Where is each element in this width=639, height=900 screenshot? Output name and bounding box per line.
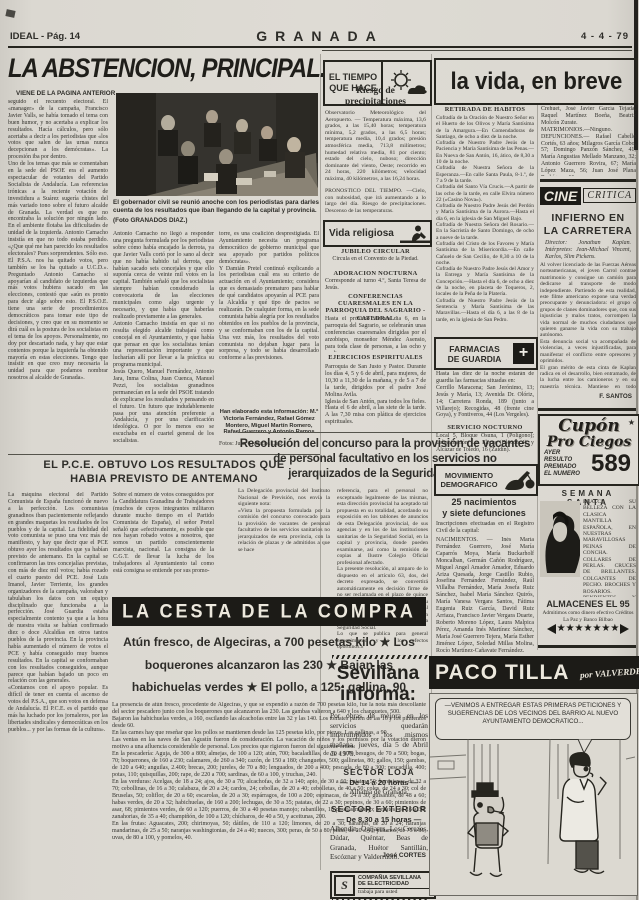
right-bottom-rule (538, 645, 636, 648)
cupon-label: AYER RESULTO PREMIADO EL NUMERO (544, 450, 588, 477)
cine-logo: CINE CRITICA (540, 185, 636, 206)
sevillana-intro: Por obras de mejora en los servicios que… (330, 711, 428, 763)
weather-headline: Riesgo de precipitaciones (323, 86, 428, 108)
semana-santa-body: REALCE SU BELLEZA CON LA CLASICA MANTILL… (583, 499, 636, 597)
masthead-date: 4 - 4 - 79 (581, 31, 629, 42)
adoracion-title: ADORACION NOCTURNA (323, 270, 428, 277)
column-rule-3 (537, 104, 538, 650)
cupon-rule (538, 408, 636, 411)
stars-decoration: ★★★★★★★ (540, 624, 636, 634)
cupon-logo-line1: Cupón (540, 418, 638, 435)
scan-speck (5, 9, 15, 18)
farmacias-box: FARMACIAS DE GUARDIA + (434, 337, 538, 370)
cupon-result-row: AYER RESULTO PREMIADO EL NUMERO 589 (540, 449, 638, 479)
pce-col1: La máquina electoral del Partido Comunis… (8, 492, 108, 870)
retirada-list: Cofradía de la Oración de Nuestro Señor … (436, 115, 534, 333)
comic-speech-bubble: —VENIMOS A ENTREGAR ESTAS PRIMERAS PETIC… (435, 698, 631, 740)
kneeling-figure-icon (400, 224, 430, 243)
comic-banner: PACO TILLA por VALVERDE (429, 656, 639, 689)
vida-breve-right-top: Crehuet, José Javier García Tejada, Raqu… (541, 106, 636, 176)
semana-santa-ad: REALCE SU BELLEZA CON LA CLASICA MANTILL… (540, 499, 636, 597)
comic-title: PACO TILLA (435, 661, 580, 685)
cupon-logo-line2: Pro Ciegos (540, 435, 638, 449)
jubileo-title: JUBILEO CIRCULAR (323, 248, 428, 255)
cesta-banner: LA CESTA DE LA COMPRA (112, 597, 426, 626)
cine-byline: F. SANTOS (540, 393, 632, 400)
demografico-headline: 25 nacimientos y siete defunciones (434, 497, 534, 518)
main-article-col2: Antonio Camacho no llegó a responder una… (113, 231, 214, 455)
farmacias-title: FARMACIAS DE GUARDIA (436, 344, 513, 364)
main-article-col1: seguido el recuento electoral. El «manag… (8, 99, 108, 455)
religion-box-title: Vida religiosa (325, 228, 400, 239)
cine-title: INFIERNO EN LA CARRETERA (540, 212, 636, 238)
pce-col2: Sobre el número de votos conseguidos por… (113, 492, 214, 596)
demografico-box: MOVIMIENTO DEMOGRAFICO (434, 464, 538, 496)
demografico-box-title: MOVIMIENTO DEMOGRAFICO (436, 471, 502, 489)
sevillana-sector1-title: SECTOR LOJA (330, 767, 428, 777)
photo-caption: El gobernador civil se reunió anoche con… (113, 199, 319, 216)
retirada-title: RETIRADA DE HABITOS (436, 106, 534, 113)
weather-forecast: PRONOSTICO DEL TIEMPO. —Cielo, con nubos… (325, 188, 426, 217)
star-icon: ★★★★★★★ (557, 624, 620, 634)
sevillana-sector2-hours: — De 8,30 a 15 horas — (330, 815, 428, 824)
sevillana-sector2-title: SECTOR EXTERIOR (330, 804, 428, 814)
masthead-page-label: IDEAL - Pág. 14 (10, 31, 80, 42)
conferencias-text: Hasta el próximo viernes día 6, en la pa… (325, 316, 426, 352)
sevillana-sector1-areas: Alhama de Granada. (330, 788, 428, 796)
vida-breve-headline: la vida, en breve (450, 68, 622, 96)
masthead-rule-2 (322, 50, 632, 51)
star-end-left (547, 624, 556, 634)
star-end-right (620, 624, 629, 634)
cine-credits: Director: Jonathan Kaplan. Intérpretes: … (545, 240, 631, 260)
religion-box: Vida religiosa (323, 220, 432, 247)
comic-panel: —VENIMOS A ENTREGAR ESTAS PRIMERAS PETIC… (429, 693, 638, 896)
sevillana-zigzag-top (332, 655, 428, 659)
jubileo-text: Circula en el Convento de la Piedad. (325, 256, 426, 270)
mantilla-woman-image (540, 501, 580, 577)
servicio-text: Local 5, Bloque Osuna, 1 (Polígono); Urb… (436, 433, 534, 461)
comic-drawing (430, 739, 635, 894)
ejercicios-text: Parroquia de San Justo y Pastor. Durante… (325, 364, 426, 428)
sevillana-sector2-areas: Albendín, Ogíjares, Los Cerezos, Dúdar, … (330, 825, 428, 869)
main-article-col3: torre, es una coalición desprestigiada. … (219, 231, 319, 407)
meeting-photo-image (116, 93, 318, 196)
masthead-section-title: GRANADA (200, 28, 440, 44)
masthead-rule (8, 46, 632, 48)
vida-breve-header-box: la vida, en breve (434, 58, 638, 105)
cesta-banner-text: LA CESTA DE LA COMPRA (122, 600, 416, 623)
stork-icon (502, 468, 536, 492)
comic-author: por VALVERDE (580, 665, 639, 679)
cupon-box: Cupón Pro Ciegos ★ AYER RESULTO PREMIADO… (538, 414, 639, 486)
cine-body: Al volver licenciado de las Fuerzas Aére… (540, 262, 636, 390)
sevillana-title: Sevillana informa: (328, 663, 428, 705)
cine-logo-main: CINE (540, 187, 581, 205)
servicio-title: SERVICIO NOCTURNO (436, 424, 534, 431)
resolution-col1: La Delegación provincial del Instituto N… (238, 488, 330, 593)
weather-report: Observatorio Meteorológico del Aeropuert… (325, 110, 426, 186)
cine-rule (540, 179, 636, 182)
adoracion-text: Corresponde al turno 4.º, Santa Teresa d… (325, 278, 426, 292)
cupon-star: ★ (628, 418, 635, 427)
ejercicios-title: EJERCICIOS ESPIRITUALES (325, 354, 426, 361)
cupon-number: 589 (588, 450, 634, 478)
main-kicker: VIENE DE LA PAGINA ANTERIOR (16, 90, 116, 97)
newspaper-page: IDEAL - Pág. 14 GRANADA 4 - 4 - 79 LA AB… (0, 0, 639, 900)
semana-santa-footer: Admitimos como dinero efectivo Créditos … (540, 610, 636, 624)
pharmacy-cross-icon: + (513, 343, 534, 364)
sevillana-logo-tagline: trabaja para usted (358, 888, 432, 895)
photo-caption-credit: (Foto GRANADOS DIAZ.) (113, 217, 319, 225)
main-headline: LA ABSTENCION, PRINCIPAL... (8, 53, 337, 84)
cine-logo-sub: CRITICA (583, 188, 636, 203)
semana-santa-store: ALMACENES EL 95 (540, 599, 636, 609)
sevillana-logo-name: COMPAÑIA SEVILLANA DE ELECTRICIDAD (358, 875, 432, 887)
demografico-intro: Inscripciones efectuadas en el Registro … (436, 521, 534, 535)
meeting-photo (116, 93, 318, 196)
sevillana-logo-box: S COMPAÑIA SEVILLANA DE ELECTRICIDAD tra… (330, 871, 436, 899)
sevillana-sector1-hours: — De 14 a 20 horas — (330, 778, 428, 787)
farmacias-text: Hasta las diez de la noche estarán de gu… (436, 371, 534, 421)
comic-speech-text: —VENIMOS A ENTREGAR ESTAS PRIMERAS PETIC… (436, 699, 630, 730)
sevillana-s-logo-icon: S (334, 875, 355, 896)
